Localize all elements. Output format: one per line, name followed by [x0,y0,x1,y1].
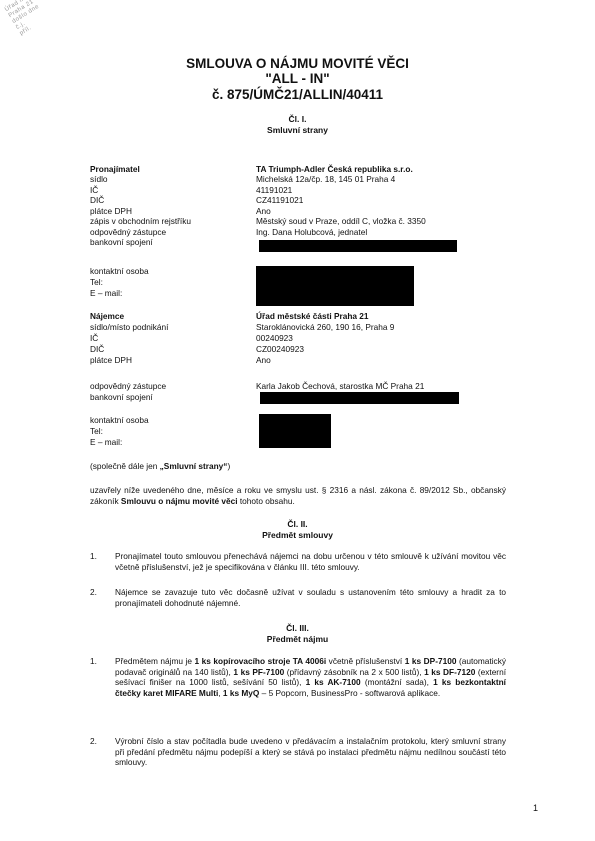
lessor-heading: Pronajímatel [90,164,140,174]
lessee-label: sídlo/místo podnikání [90,322,168,332]
document-subtitle: "ALL - IN" [0,71,595,86]
redaction-bar [260,392,459,404]
lessee-representative-value: Karla Jakob Čechová, starostka MČ Praha … [256,381,424,391]
lessee-label: plátce DPH [90,355,132,365]
lessee-contact-label: kontaktní osoba [90,415,149,425]
lessee-value: Staroklánovická 260, 190 16, Praha 9 [256,322,394,332]
lessor-value: Ano [256,206,271,216]
lessor-value: CZ41191021 [256,195,303,205]
lessee-heading: Nájemce [90,311,124,321]
lessee-bank-label: bankovní spojení [90,392,153,402]
lessee-value: CZ00240923 [256,344,304,354]
lessor-label: IČ [90,185,98,195]
lessee-contact-label: Tel: [90,426,103,436]
intro-paragraph: uzavřely níže uvedeného dne, měsíce a ro… [90,485,506,506]
article-2-label: Čl. II. [0,519,595,529]
lessor-label: odpovědný zástupce [90,227,166,237]
lessor-contact-label: Tel: [90,277,103,287]
lessee-label: DIČ [90,344,104,354]
redaction-bar [256,266,414,306]
article-3-label: Čl. III. [0,623,595,633]
lessor-label: sídlo [90,174,108,184]
lessor-contact-label: E – mail: [90,288,122,298]
lessee-label: IČ [90,333,98,343]
contract-number: č. 875/ÚMČ21/ALLIN/40411 [0,87,595,102]
lessor-label: zápis v obchodním rejstříku [90,216,191,226]
redaction-bar [259,414,331,448]
lessor-value: 41191021 [256,185,292,195]
article-1-heading: Smluvní strany [0,125,595,135]
received-stamp: Úřad městské části Praha 21 došlo dne č.… [4,0,112,59]
lessor-value: Michelská 12a/čp. 18, 145 01 Praha 4 [256,174,395,184]
lessor-name: TA Triumph-Adler Česká republika s.r.o. [256,164,413,174]
lessee-representative-label: odpovědný zástupce [90,381,166,391]
lessor-label: DIČ [90,195,104,205]
lessor-contact-label: kontaktní osoba [90,266,149,276]
lessee-contact-label: E – mail: [90,437,122,447]
jointly-clause: (společně dále jen „Smluvní strany“) [90,461,230,471]
page-number: 1 [533,803,538,813]
article-3-item-1-text: Předmětem nájmu je 1 ks kopírovacího str… [115,656,506,698]
lessee-name: Úřad městské části Praha 21 [256,311,369,321]
lessor-value: Městský soud v Praze, oddíl C, vložka č.… [256,216,426,226]
lessor-label: bankovní spojení [90,237,153,247]
lessee-value: 00240923 [256,333,293,343]
lessor-value: Ing. Dana Holubcová, jednatel [256,227,367,237]
article-3-heading: Předmět nájmu [0,634,595,644]
article-2-heading: Předmět smlouvy [0,530,595,540]
lessee-value: Ano [256,355,271,365]
redaction-bar [259,240,457,252]
article-1-label: Čl. I. [0,114,595,124]
lessor-label: plátce DPH [90,206,132,216]
document-title: SMLOUVA O NÁJMU MOVITÉ VĚCI [0,56,595,71]
